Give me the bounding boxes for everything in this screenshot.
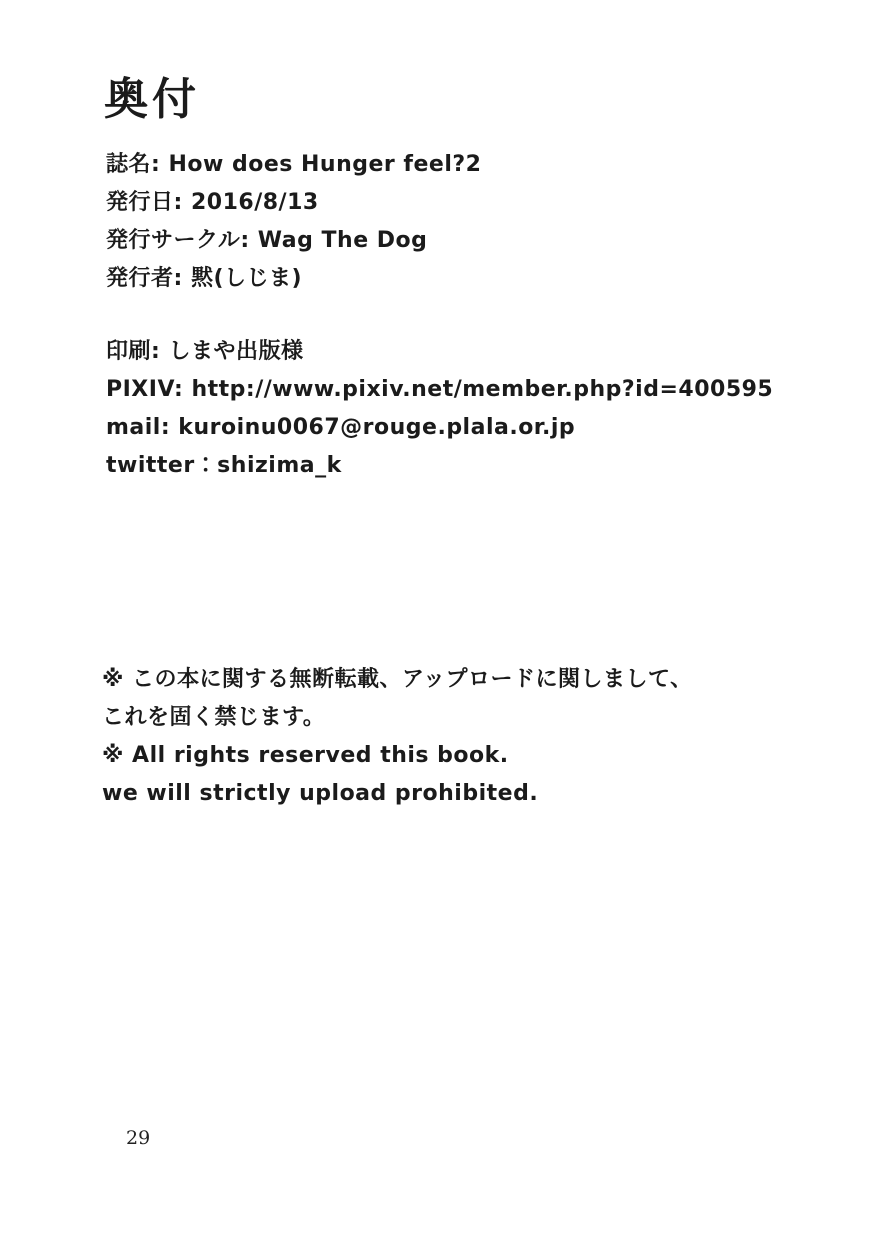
mail-address-line: mail: kuroinu0067@rouge.plala.or.jp bbox=[106, 409, 773, 447]
notice-line-jp-2: これを固く禁じます。 bbox=[102, 699, 693, 737]
notice-line-en-2: we will strictly upload prohibited. bbox=[102, 775, 693, 813]
circle-name-line: 発行サークル: Wag The Dog bbox=[106, 222, 481, 260]
twitter-handle-line: twitter：shizima_k bbox=[106, 447, 773, 485]
book-title-line: 誌名: How does Hunger feel?2 bbox=[106, 146, 481, 184]
copyright-notice-block: ※ この本に関する無断転載、アップロードに関しまして、 これを固く禁じます。 ※… bbox=[102, 661, 693, 813]
contact-info-block: 印刷: しまや出版様 PIXIV: http://www.pixiv.net/m… bbox=[106, 333, 773, 485]
publisher-name-line: 発行者: 黙(しじま) bbox=[106, 260, 481, 298]
publication-info-block: 誌名: How does Hunger feel?2 発行日: 2016/8/1… bbox=[106, 146, 481, 298]
colophon-page: 奥付 誌名: How does Hunger feel?2 発行日: 2016/… bbox=[0, 0, 888, 1243]
pixiv-url-line: PIXIV: http://www.pixiv.net/member.php?i… bbox=[106, 371, 773, 409]
notice-line-jp-1: ※ この本に関する無断転載、アップロードに関しまして、 bbox=[102, 661, 693, 699]
publish-date-line: 発行日: 2016/8/13 bbox=[106, 184, 481, 222]
printer-line: 印刷: しまや出版様 bbox=[106, 333, 773, 371]
page-number: 29 bbox=[126, 1126, 150, 1150]
notice-line-en-1: ※ All rights reserved this book. bbox=[102, 737, 693, 775]
page-title: 奥付 bbox=[104, 74, 200, 126]
